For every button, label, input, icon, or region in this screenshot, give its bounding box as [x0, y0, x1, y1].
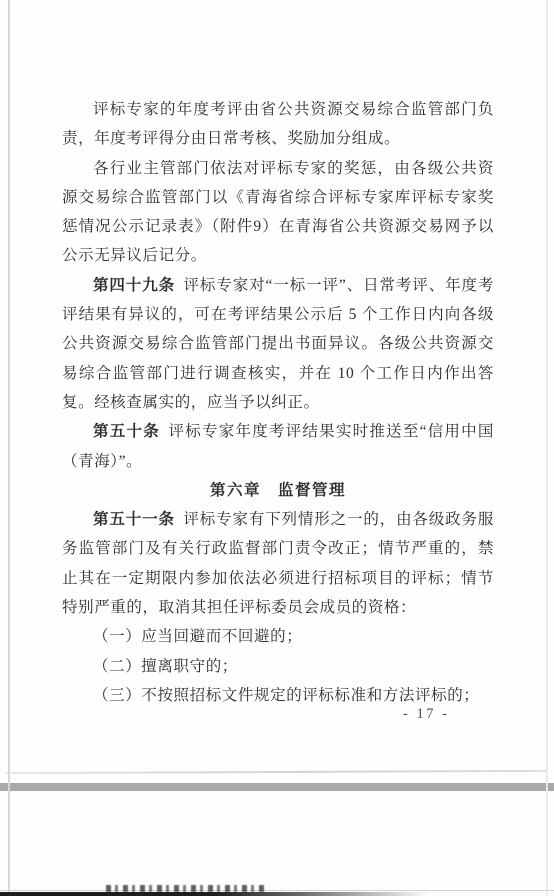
bottom-shadow-strip	[0, 892, 430, 896]
article-50: 第五十条评标专家年度考评结果实时推送至“信用中国（青海）”。	[62, 417, 494, 476]
article-49-text: 评标专家对“一标一评”、日常考评、年度考评结果有异议的，可在考评结果公示后 5 …	[62, 277, 494, 411]
article-50-label: 第五十条	[93, 423, 160, 440]
article-51: 第五十一条评标专家有下列情形之一的，由各级政务服务监管部门及有关行政监督部门责令…	[62, 505, 494, 622]
paragraph-reward-punishment: 各行业主管部门依法对评标专家的奖惩，由各级公共资源交易综合监管部门以《青海省综合…	[62, 154, 494, 271]
scan-right-edge-line	[546, 0, 548, 896]
document-text-block: 评标专家的年度考评由省公共资源交易综合监管部门负责，年度考评得分由日常考核、奖励…	[62, 95, 494, 710]
article-49: 第四十九条评标专家对“一标一评”、日常考评、年度考评结果有异议的，可在考评结果公…	[62, 271, 494, 417]
paragraph-annual-review: 评标专家的年度考评由省公共资源交易综合监管部门负责，年度考评得分由日常考核、奖励…	[62, 95, 494, 154]
scan-left-edge-line	[8, 0, 10, 896]
list-item-2: （二）擅离职守的；	[62, 652, 494, 681]
list-item-1: （一）应当回避而不回避的；	[62, 622, 494, 651]
bottom-faint-line	[0, 890, 554, 891]
next-page-top-edge	[0, 791, 554, 896]
chapter-6-heading: 第六章 监督管理	[62, 476, 494, 505]
cutoff-text-fragment	[106, 885, 266, 892]
article-51-label: 第五十一条	[93, 511, 175, 528]
scanner-gap-band	[0, 783, 554, 791]
page-number: - 17 -	[403, 706, 449, 723]
article-49-label: 第四十九条	[93, 277, 175, 294]
scanned-page: 评标专家的年度考评由省公共资源交易综合监管部门负责，年度考评得分由日常考核、奖励…	[0, 0, 554, 783]
